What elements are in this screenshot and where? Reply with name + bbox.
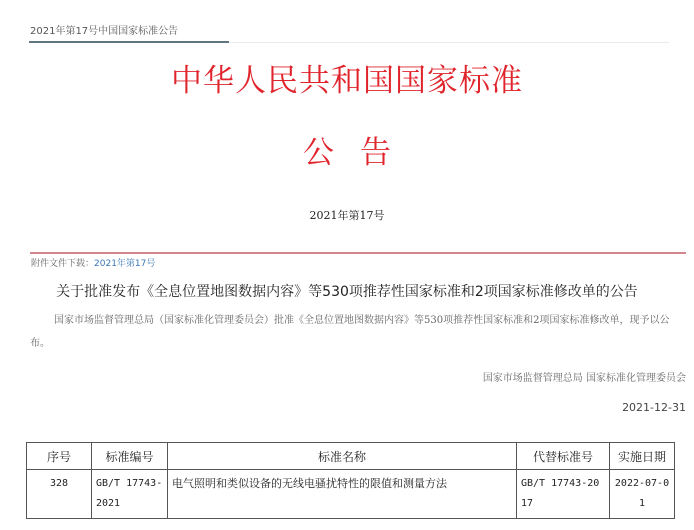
cell-effective: 2022-07-01 (610, 470, 675, 519)
page-subtitle: 公告 (0, 127, 694, 172)
notice-body: 国家市场监督管理总局（国家标准化管理委员会）批准《全息位置地图数据内容》等530… (30, 309, 670, 355)
notice-title: 关于批准发布《全息位置地图数据内容》等530项推荐性国家标准和2项国家标准修改单… (0, 281, 694, 301)
header-name: 标准名称 (168, 443, 517, 470)
cell-no: 328 (27, 470, 92, 519)
breadcrumb: 2021年第17号中国国家标准公告 (30, 22, 178, 37)
issue-number: 2021年第17号 (0, 207, 694, 223)
attachment-row: 附件文件下载：2021年第17号 (31, 256, 155, 269)
cell-code: GB/T 17743-2021 (92, 470, 168, 519)
cell-name: 电气照明和类似设备的无线电骚扰特性的限值和测量方法 (168, 470, 517, 519)
header-effective: 实施日期 (610, 443, 675, 470)
header-no: 序号 (27, 443, 92, 470)
notice-signature: 国家市场监督管理总局 国家标准化管理委员会 (483, 369, 686, 384)
section-divider (30, 252, 686, 254)
table-row: 328 GB/T 17743-2021 电气照明和类似设备的无线电骚扰特性的限值… (27, 470, 675, 519)
attachment-link[interactable]: 2021年第17号 (94, 259, 155, 269)
table-header-row: 序号 标准编号 标准名称 代替标准号 实施日期 (27, 443, 675, 470)
header-code: 标准编号 (92, 443, 168, 470)
header-replaces: 代替标准号 (517, 443, 610, 470)
page-title: 中华人民共和国国家标准 (0, 55, 694, 100)
attachment-label: 附件文件下载： (31, 259, 94, 269)
notice-date: 2021-12-31 (622, 401, 686, 414)
cell-replaces: GB/T 17743-2017 (517, 470, 610, 519)
standards-table: 序号 标准编号 标准名称 代替标准号 实施日期 328 GB/T 17743-2… (26, 442, 675, 519)
breadcrumb-divider (229, 42, 669, 43)
breadcrumb-underline (29, 41, 229, 43)
